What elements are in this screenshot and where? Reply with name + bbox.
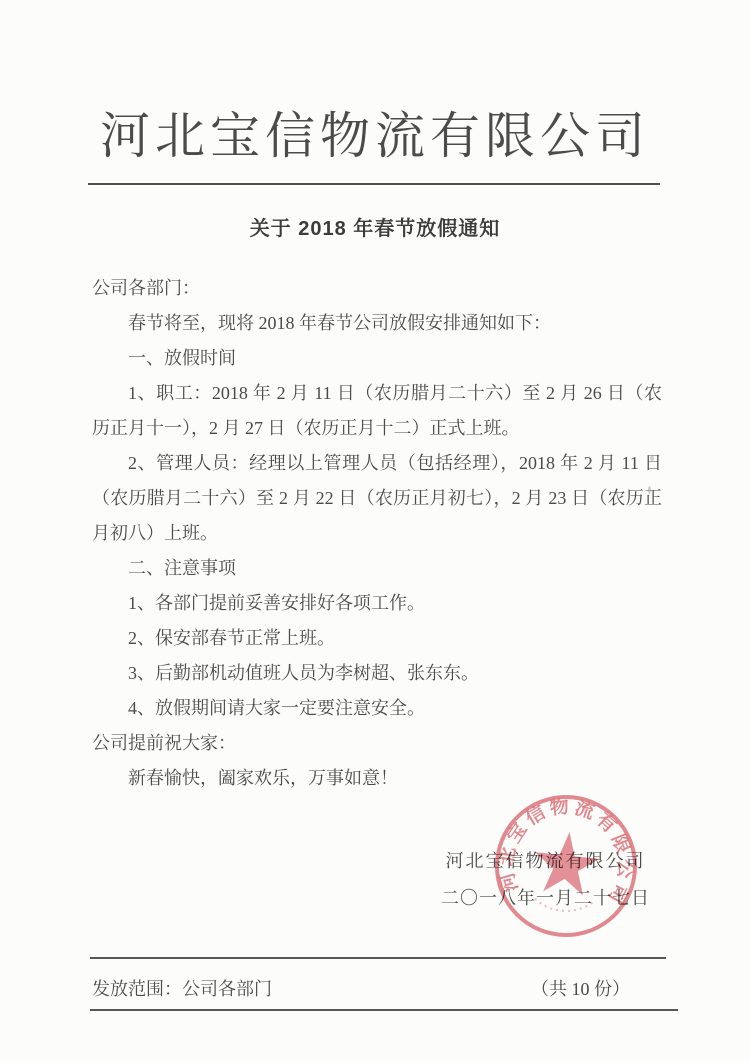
section1-item-2: 2、管理人员：经理以上管理人员（包括经理），2018 年 2 月 11 日（农历…	[92, 446, 662, 551]
footer-divider-top	[90, 957, 666, 959]
seal-star-icon	[531, 829, 602, 897]
salutation: 公司各部门：	[92, 271, 662, 306]
section2-heading: 二、注意事项	[92, 551, 662, 586]
header-divider	[88, 183, 660, 185]
seal-serial-marks	[529, 894, 594, 914]
closing-lead: 公司提前祝大家：	[92, 726, 662, 761]
notice-subject: 关于 2018 年春节放假通知	[0, 212, 750, 241]
scanned-notice-page: 河北宝信物流有限公司 关于 2018 年春节放假通知 公司各部门： 春节将至，现…	[0, 0, 750, 1061]
section2-item-1: 1、各部门提前妥善安排好各项工作。	[92, 586, 662, 621]
company-title: 河北宝信物流有限公司	[0, 96, 750, 168]
footer-distribution: 发放范围：公司各部门	[92, 975, 272, 1001]
footer-divider-bottom	[90, 1009, 678, 1011]
section1-item-1: 1、职工：2018 年 2 月 11 日（农历腊月二十六）至 2 月 26 日（…	[92, 376, 662, 446]
section2-item-3: 3、后勤部机动值班人员为李树超、张东东。	[92, 656, 662, 691]
scan-speck	[650, 455, 654, 461]
section2-item-2: 2、保安部春节正常上班。	[92, 621, 662, 656]
footer-copies: （共 10 份）	[531, 975, 630, 1001]
section2-item-4: 4、放假期间请大家一定要注意安全。	[92, 691, 662, 726]
intro-paragraph: 春节将至，现将 2018 年春节公司放假安排通知如下：	[92, 306, 662, 341]
scan-speck	[648, 486, 651, 494]
notice-body: 公司各部门： 春节将至，现将 2018 年春节公司放假安排通知如下： 一、放假时…	[92, 271, 662, 796]
company-seal-stamp-icon: 河北宝信物流有限公司	[478, 774, 655, 958]
section1-heading: 一、放假时间	[92, 341, 662, 376]
